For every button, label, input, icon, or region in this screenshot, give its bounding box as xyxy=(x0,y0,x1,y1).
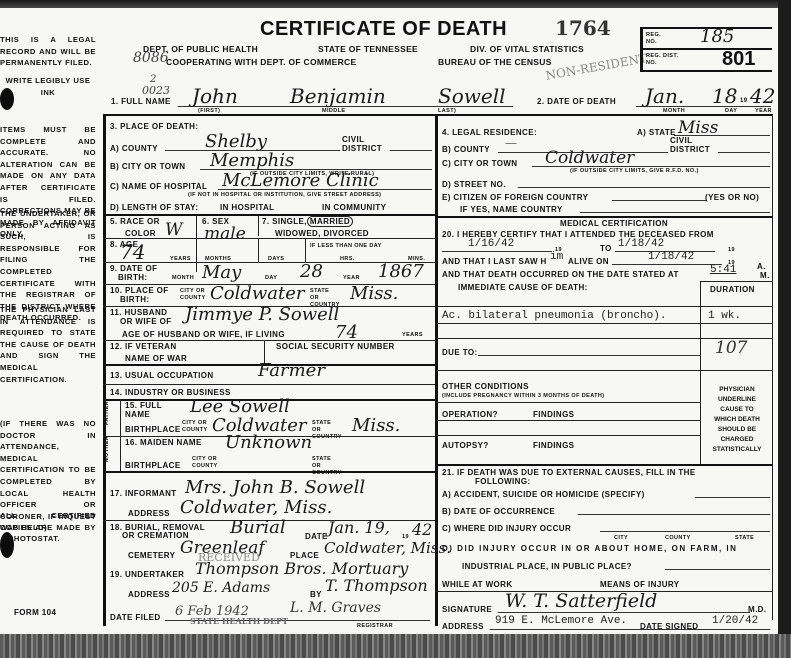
father-name: Lee Sowell xyxy=(190,396,290,417)
col-line xyxy=(258,214,259,236)
reg-no-label: REG. NO. xyxy=(646,32,668,46)
reg-dist-label: REG. DIST. NO. xyxy=(646,53,682,67)
row-line xyxy=(435,216,772,218)
injury-city-label: CITY xyxy=(614,535,628,541)
m-label: M. xyxy=(760,271,770,280)
while-at-work-label: WHILE AT WORK xyxy=(442,580,513,589)
row-line xyxy=(435,435,700,436)
from-underline xyxy=(442,251,552,252)
residence-city: Coldwater xyxy=(545,148,634,168)
undertaker-address-label: ADDRESS xyxy=(128,590,170,599)
hospital-label: C) NAME OF HOSPITAL xyxy=(110,182,207,191)
immediate-cause: Ac. bilateral pneumonia (broncho). xyxy=(442,310,666,322)
dob-year: 1867 xyxy=(378,261,424,282)
death-city: Memphis xyxy=(210,150,294,171)
col-line xyxy=(305,238,306,262)
due-to-label: DUE TO: xyxy=(442,348,478,357)
dob-year-label: YEAR xyxy=(343,275,360,281)
signature-underline xyxy=(498,612,750,613)
residence-civil-district-underline xyxy=(718,152,770,153)
means-of-injury-label: MEANS OF INJURY xyxy=(600,580,680,589)
row-line xyxy=(435,370,772,371)
injury-state-label: STATE xyxy=(735,535,754,541)
injury-county-label: COUNTY xyxy=(665,535,691,541)
stay-hospital-label: IN HOSPITAL xyxy=(220,203,274,212)
informant-address: Coldwater, Miss. xyxy=(180,497,332,518)
cause-duration: 1 wk. xyxy=(708,310,741,322)
father-birthplace-label: BIRTHPLACE xyxy=(125,425,181,434)
less-than-day-label: IF LESS THAN ONE DAY xyxy=(310,243,382,249)
injury-location-label-2: INDUSTRIAL PLACE, IN PUBLIC PLACE? xyxy=(462,562,632,571)
physician-note-line: WHICH DEATH xyxy=(702,415,772,425)
father-name-label: 15. FULL NAME xyxy=(125,401,185,419)
row-line xyxy=(435,420,700,421)
certificate-number: 1764 xyxy=(555,16,611,40)
physician-note-line: UNDERLINE xyxy=(702,395,772,405)
sidebar-note-legal: THIS IS A LEGAL RECORD AND WILL BE PERMA… xyxy=(0,34,96,69)
frame-left xyxy=(103,114,106,626)
hospital-name: McLemore Clinic xyxy=(222,170,379,191)
row-line xyxy=(103,384,435,385)
dob-day: 28 xyxy=(300,261,323,282)
pob-label-2: BIRTH: xyxy=(120,295,150,304)
foreign-citizen-underline xyxy=(612,200,707,201)
signature-label: SIGNATURE xyxy=(442,605,492,614)
name-country-label: IF YES, NAME COUNTRY xyxy=(460,205,563,214)
dob-month-label: MONTH xyxy=(172,275,194,281)
row-line xyxy=(103,214,435,216)
death-day: 18 xyxy=(712,84,737,108)
physician-address-label: ADDRESS xyxy=(442,622,484,631)
col-line xyxy=(196,214,197,272)
informant-address-label: ADDRESS xyxy=(128,509,170,518)
duration-label: DURATION xyxy=(710,285,755,294)
spouse-label-2: OR WIFE OF xyxy=(120,317,172,326)
ssn-label: SOCIAL SECURITY NUMBER xyxy=(276,342,395,351)
external-causes-label-2: FOLLOWING: xyxy=(475,477,531,486)
margin-number-top: 8086 xyxy=(133,50,169,66)
spouse-name: Jimmye P. Sowell xyxy=(185,304,339,325)
date-of-occurrence-label: B) DATE OF OCCURRENCE xyxy=(442,507,555,516)
first-name: John xyxy=(192,84,238,108)
spouse-age-label: AGE OF HUSBAND OR WIFE, IF LIVING xyxy=(122,330,285,339)
injury-location-underline xyxy=(665,569,770,570)
burial-value: Burial xyxy=(230,517,286,538)
residence-civil-district-label: CIVIL DISTRICT xyxy=(670,136,720,154)
alive-on-date: 1/18/42 xyxy=(648,251,694,263)
father-city-label: CITY OR COUNTY xyxy=(182,420,208,434)
city-label: B) CITY OR TOWN xyxy=(110,162,185,171)
autopsy-label: AUTOPSY? xyxy=(442,441,489,450)
operation-findings-label: FINDINGS xyxy=(533,410,574,419)
certificate-title: CERTIFICATE OF DEATH xyxy=(260,18,507,41)
yes-no-note: (YES OR NO) xyxy=(705,193,759,202)
civil-district-underline xyxy=(390,150,432,151)
pregnancy-note: (INCLUDE PREGNANCY WITHIN 3 MONTHS OF DE… xyxy=(442,393,605,399)
burial-date: Jan. 19, xyxy=(328,518,390,537)
attended-from: 1/16/42 xyxy=(468,238,514,250)
physician-address-underline xyxy=(490,629,770,630)
undertaker-by: T. Thompson xyxy=(325,576,428,595)
death-county: Shelby xyxy=(205,131,267,152)
country-underline xyxy=(580,212,770,213)
mother-name: Unknown xyxy=(225,432,312,453)
sidebar-note-photostat: ALL CERTIFIED COPIES ARE MADE BY A PHOTO… xyxy=(0,510,96,545)
dob-day-label: DAY xyxy=(265,275,277,281)
injury-place-underline xyxy=(600,531,770,532)
race-value: W xyxy=(165,220,182,240)
occurrence-underline xyxy=(578,514,770,515)
date-of-death-label: 2. DATE OF DEATH xyxy=(537,97,616,106)
hospital-note: (IF NOT IN HOSPITAL OR INSTITUTION, GIVE… xyxy=(188,192,381,198)
residence-city-label: C) CITY OR TOWN xyxy=(442,159,517,168)
health-dept-stamp: STATE HEALTH DEPT xyxy=(190,616,288,626)
physician-address: 919 E. McLemore Ave. xyxy=(495,615,627,627)
age-years: 74 xyxy=(120,240,145,264)
autopsy-findings-label: FINDINGS xyxy=(533,441,574,450)
death-year-prefix: 19 xyxy=(740,98,747,104)
pob-label: 10. PLACE OF xyxy=(110,286,169,295)
death-year: 42 xyxy=(750,84,775,108)
col-line xyxy=(120,399,121,471)
row-line xyxy=(103,340,435,341)
informant-name: Mrs. John B. Sowell xyxy=(185,477,365,498)
occupation-value: Farmer xyxy=(258,360,325,381)
bureau-census: BUREAU OF THE CENSUS xyxy=(438,57,552,67)
sidebar-note-physician: THE PHYSICIAN LAST IN ATTENDANCE IS REQU… xyxy=(0,304,96,385)
am-pm-value: A. xyxy=(757,262,766,271)
burial-year: 42 xyxy=(412,520,432,539)
father-side-label: FATHER xyxy=(104,401,110,425)
row-line xyxy=(435,323,772,324)
occupation-label: 13. USUAL OCCUPATION xyxy=(110,371,214,380)
father-state-label: STATE OR COUNTRY xyxy=(312,420,342,441)
death-time: 5:41 xyxy=(710,264,736,276)
father-state: Miss. xyxy=(352,415,400,436)
place-of-death-label: 3. PLACE OF DEATH: xyxy=(110,122,198,131)
full-name-label: 1. FULL NAME xyxy=(111,97,171,106)
mother-side-label: MOTHER xyxy=(104,436,110,462)
registrar-signature: L. M. Graves xyxy=(290,600,381,616)
veteran-label: 12. IF VETERAN xyxy=(110,342,177,351)
marital-single: 7. SINGLE, xyxy=(262,217,307,226)
row-line xyxy=(435,306,772,307)
reg-no-value: 185 xyxy=(700,26,734,47)
cemetery-label: CEMETERY xyxy=(128,551,175,560)
informant-label: 17. INFORMANT xyxy=(110,489,177,498)
burial-label-2: OR CREMATION xyxy=(122,531,189,540)
county-label: A) COUNTY xyxy=(110,144,158,153)
last-saw-label: AND THAT I LAST SAW H xyxy=(442,257,547,266)
date-signed: 1/20/42 xyxy=(712,615,758,627)
residence-state: Miss xyxy=(678,118,718,138)
street-underline xyxy=(518,187,770,188)
war-name-label: NAME OF WAR xyxy=(125,354,187,363)
physician-note-line: PHYSICIAN xyxy=(702,385,772,395)
frame-top xyxy=(103,114,773,116)
registrar-label: REGISTRAR xyxy=(357,623,393,629)
residence-county: — xyxy=(505,136,517,150)
row-line xyxy=(435,402,700,403)
physician-note-line: CHARGED xyxy=(702,435,772,445)
mother-name-label: 16. MAIDEN NAME xyxy=(125,438,205,447)
medical-certification-title: MEDICAL CERTIFICATION xyxy=(560,219,668,228)
pob-city: Coldwater xyxy=(210,283,305,304)
other-conditions-label: OTHER CONDITIONS xyxy=(442,382,529,391)
physician-note-line: SHOULD BE xyxy=(702,425,772,435)
md-label: M.D. xyxy=(748,605,767,614)
injury-location-label: D) DID INJURY OCCUR IN OR ABOUT HOME, ON… xyxy=(442,544,737,553)
sex-value: male xyxy=(204,224,246,244)
color-label: COLOR xyxy=(125,229,156,238)
undertaker-address: 205 E. Adams xyxy=(172,580,270,596)
reg-dist-value: 801 xyxy=(722,48,755,71)
spouse-years-label: YEARS xyxy=(402,332,423,338)
physician-note: PHYSICIAN UNDERLINE CAUSE TO WHICH DEATH… xyxy=(702,385,772,455)
physician-note-line: STATISTICALLY xyxy=(702,445,772,455)
statistical-code: 107 xyxy=(715,338,747,358)
date-signed-label: DATE SIGNED xyxy=(640,622,698,631)
physician-column-line xyxy=(700,370,701,465)
immediate-cause-label: IMMEDIATE CAUSE OF DEATH: xyxy=(458,283,588,292)
state-name: STATE OF TENNESSEE xyxy=(318,44,418,54)
date-filed-label: DATE FILED xyxy=(110,613,161,622)
physician-note-line: CAUSE TO xyxy=(702,405,772,415)
row-line xyxy=(103,238,435,239)
dob-label-2: BIRTH: xyxy=(118,273,148,282)
dob-month: May xyxy=(202,262,241,283)
last-name: Sowell xyxy=(438,84,506,108)
stay-community-label: IN COMMUNITY xyxy=(322,203,386,212)
cooperating-text: COOPERATING WITH DEPT. OF COMMERCE xyxy=(166,57,356,67)
dob-label: 9. DATE OF xyxy=(110,264,157,273)
length-of-stay-label: D) LENGTH OF STAY: xyxy=(110,203,198,212)
accident-label: A) ACCIDENT, SUICIDE OR HOMICIDE (SPECIF… xyxy=(442,490,645,499)
sidebar-note-legibly: WRITE LEGIBLY USE INK xyxy=(0,75,96,98)
received-stamp: RECEIVED xyxy=(198,551,260,564)
alive-on-label: ALIVE ON xyxy=(568,257,609,266)
undertaker-label: 19. UNDERTAKER xyxy=(110,570,184,579)
injury-place-label: C) WHERE DID INJURY OCCUR xyxy=(442,524,571,533)
marital-status-line2: WIDOWED, DIVORCED xyxy=(275,229,369,238)
operation-label: OPERATION? xyxy=(442,410,498,419)
mother-birthplace-label: BIRTHPLACE xyxy=(125,461,181,470)
to-year-prefix: 19 xyxy=(728,247,735,253)
accident-underline xyxy=(695,497,770,498)
frame-right xyxy=(772,114,773,620)
attended-to: 1/18/42 xyxy=(618,238,664,250)
to-label: TO xyxy=(600,244,612,253)
mother-state-label: STATE OR COUNTRY xyxy=(312,456,342,477)
residence-county-label: B) COUNTY xyxy=(442,145,490,154)
legal-residence-label: 4. LEGAL RESIDENCE: xyxy=(442,128,537,137)
last-saw-pronoun: im xyxy=(550,251,563,263)
scan-bottom-edge xyxy=(0,634,791,658)
form-number: FORM 104 xyxy=(14,608,56,617)
row-line xyxy=(435,464,772,466)
margin-number-name: 0023 xyxy=(142,84,170,97)
physician-signature: W. T. Satterfield xyxy=(505,590,657,612)
spouse-label: 11. HUSBAND xyxy=(110,308,167,317)
foreign-citizen-label: E) CITIZEN OF FOREIGN COUNTRY xyxy=(442,193,588,202)
marital-married-circled: MARRIED xyxy=(307,216,353,227)
due-to-underline xyxy=(478,355,700,356)
col-line xyxy=(258,238,259,262)
civil-district-label: CIVIL DISTRICT xyxy=(342,135,392,153)
row-line xyxy=(700,281,772,282)
division-name: DIV. OF VITAL STATISTICS xyxy=(470,44,584,54)
middle-name: Benjamin xyxy=(290,84,386,108)
burial-place: Coldwater, Miss. xyxy=(324,539,451,557)
mother-city-label: CITY OR COUNTY xyxy=(192,456,218,470)
pob-state: Miss. xyxy=(350,283,398,304)
marital-status-line1: 7. SINGLE,MARRIED xyxy=(262,217,353,226)
alive-on-underline xyxy=(612,264,722,265)
scan-right-edge xyxy=(778,0,791,658)
by-label: BY xyxy=(310,590,322,599)
external-causes-label: 21. IF DEATH WAS DUE TO EXTERNAL CAUSES,… xyxy=(442,468,696,477)
row-line xyxy=(103,471,435,473)
death-month: Jan. xyxy=(645,84,684,108)
death-time-label: AND THAT DEATH OCCURRED ON THE DATE STAT… xyxy=(442,270,679,279)
street-no-label: D) STREET NO. xyxy=(442,180,506,189)
race-label: 5. RACE OR xyxy=(110,217,160,226)
pob-city-label: CITY OR COUNTY xyxy=(180,288,206,302)
residence-city-note: (IF OUTSIDE CITY LIMITS, GIVE R.F.D. NO.… xyxy=(570,168,699,174)
